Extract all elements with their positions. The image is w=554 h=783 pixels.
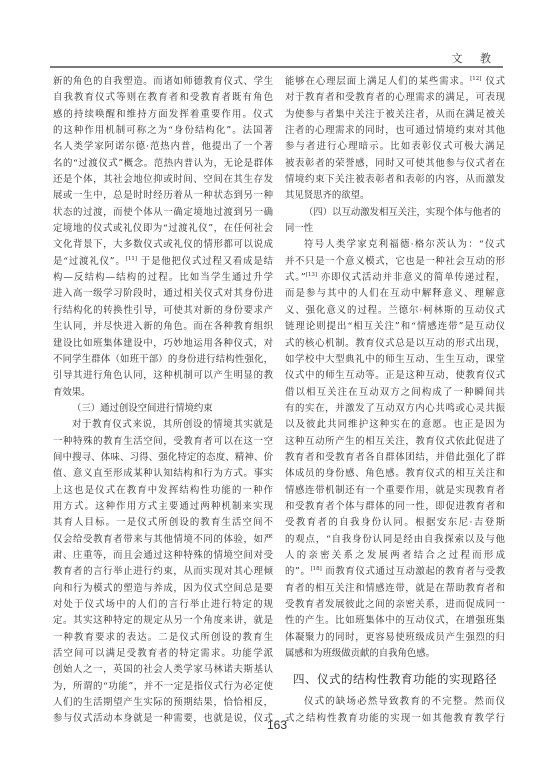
text-line: 创始人之一，英国的社会人类学家马林诺夫斯基认 [53,662,273,678]
text-line: 的观点，“自我身份认同是经由自我探索以及与他 [285,532,505,548]
text-line: 名人类学家阿诺尔德·范热内普，他提出了一个著 [53,139,273,155]
text-line: 不同学生群体（如班干部）的身份进行结构性强化， [53,352,273,368]
text-line: 肃、庄重等，而且会通过这种特殊的情境空间对受 [53,548,273,564]
text-line: 感的持续唤醒和维持方面发挥着重要作用。仪式 [53,107,273,123]
paragraph-block-3: 能够在心理层面上满足人们的某些需求。[12] 仪式对于教育者和受教育者的心理需求… [285,74,505,205]
text-line: 其见贤思齐的欲望。 [285,188,505,204]
text-line: 属感和为班级做贡献的自我角色感。 [285,646,505,662]
text-line: 文化背景下，大多数仪式或礼仪的情形都可以说成 [53,237,273,253]
text-line: 式的核心机制。教育仪式总是以互动的形式出现， [285,336,505,352]
text-line: 教育者的言行举止进行约束，从而实现对其心理倾 [53,564,273,580]
left-column: 新的角色的自我塑造。而诸如师德教育仪式、学生自我教育仪式等则在教育者和受教育者既… [53,74,273,728]
text-line: 为使参与者集中关注于被关注者，从而在满足被关 [285,107,505,123]
text-line: 行结构化的转换性引导，可使其对新的身份要求产 [53,303,273,319]
text-line: 间中搜寻、体味、习得、强化特定的态度、精神、价 [53,450,273,466]
subheading-3: （三）通过创设空间进行情境约束 [53,401,273,417]
text-line: 进入高一级学习阶段时，通过相关仪式对其身份进 [53,286,273,302]
text-line: 一种特殊的教育生活空间，受教育者可以在这一空 [53,434,273,450]
text-line: 对于教育仪式来说，其所创设的情境其实就是 [53,417,273,433]
text-line: 体成员的身份感、角色感。教育仪式的相互关注和 [285,466,505,482]
paragraph-block-1: 新的角色的自我塑造。而诸如师德教育仪式、学生自我教育仪式等则在教育者和受教育者既… [53,74,273,401]
text-line: 值、意义直至形成某种认知结构和行为方式。事实 [53,466,273,482]
text-line: 对处于仪式场中的人们的言行举止进行特定的规 [53,597,273,613]
text-line: 为，所谓的“功能”，并不一定是指仪式行为必定使 [53,679,273,695]
page-number: 163 [0,718,554,732]
paragraph-block-4: 符号人类学家克利福德·格尔茨认为：“仪式并不只是一个意义模式，它也是一种社会互动… [285,237,505,662]
text-line: 这种互动所产生的相互关注，教育仪式依此促进了 [285,434,505,450]
header-divider [50,66,503,68]
right-column: 能够在心理层面上满足人们的某些需求。[12] 仪式对于教育者和受教育者的心理需求… [285,74,505,727]
text-line: 构—反结构—结构的过程。比如当学生通过升学 [53,270,273,286]
citation-marker: [13] [306,272,317,278]
text-line: 定。其实这种特定的规定从另一个角度来讲，就是 [53,613,273,629]
paragraph-block-2: 对于教育仪式来说，其所创设的情境其实就是一种特殊的教育生活空间，受教育者可以在这… [53,417,273,728]
text-line: 受教育者的自我身份认同。根据安东尼·吉登斯 [285,515,505,531]
text-line: 一种教育要求的表达。二是仪式所创设的教育生 [53,630,273,646]
section-title-4: 四、仪式的结构性教育功能的实现路径 [285,668,505,690]
text-line: 链理论则提出“相互关注”和“情感连带”是互动仪 [285,319,505,335]
text-line: 的”。[18] 而教育仪式通过互动激起的教育者与受教 [285,564,505,580]
text-line: 并不只是一个意义模式，它也是一种社会互动的形 [285,254,505,270]
text-line: 仪式的缺场必然导致教育的不完整。然而仪 [285,694,505,710]
subheading-4-line2: 同一性 [285,221,505,237]
citation-marker: [18] [310,566,321,572]
text-line: 体凝聚力的同时，更容易使班级成员产生强烈的归 [285,630,505,646]
text-line: 而是参与其中的人们在互动中解释意义、理解意 [285,286,505,302]
text-line: 其育人目标。一是仪式所创设的教育生活空间不 [53,515,273,531]
journal-section-label: 文 教 [452,50,499,66]
text-line: 性的产生。比如班集体中的互动仪式，在增强班集 [285,613,505,629]
text-line: 定境地的仪式或礼仪即为“过渡礼仪”，在任何社会 [53,221,273,237]
text-line: 仅会给受教育者带来与其他情境不同的体验，如严 [53,532,273,548]
text-line: 是“过渡礼仪”。[11] 于是他把仪式过程又看成是结 [53,254,273,270]
text-line: 对于教育者和受教育者的心理需求的满足，可表现 [285,90,505,106]
text-line: 参与者进行心理暗示。比如表彰仪式可极大满足 [285,139,505,155]
text-line: 状态的过渡，而使个体从一确定境地过渡到另一确 [53,205,273,221]
text-line: 上这也是仪式在教育中发挥结构性功能的一种作 [53,483,273,499]
citation-marker: [12] [470,76,481,82]
subheading-4-line1: （四）以互动激发相互关注，实现个体与他者的 [285,205,505,221]
text-line: 义、强化意义的过程。兰德尔·柯林斯的互动仪式 [285,303,505,319]
text-line: 和受教育者个体与群体的同一性，即促进教育者和 [285,499,505,515]
text-line: 育者的相互关注和情感连带，就是在帮助教育者和 [285,581,505,597]
text-line: 如学校中大型典礼中的师生互动、生生互动，课堂 [285,352,505,368]
text-line: 自我教育仪式等则在教育者和受教育者既有角色 [53,90,273,106]
text-line: 能够在心理层面上满足人们的某些需求。[12] 仪式 [285,74,505,90]
text-line: 用方式。这种作用方式主要通过两种机制来实现 [53,499,273,515]
citation-marker: [11] [126,256,137,262]
text-line: 的这种作用机制可称之为“身份结构化”。法国著 [53,123,273,139]
text-line: 受教育者发展彼此之间的亲密关系，进而促成同一 [285,597,505,613]
text-line: 注者的心理需求的同时，也可通过情境约束对其他 [285,123,505,139]
text-line: 名的“过渡仪式”概念。范热内普认为，无论是群体 [53,156,273,172]
text-line: 被表彰者的荣誉感，同时又可使其他参与仪式者在 [285,156,505,172]
text-line: 式。”[13] 亦即仪式活动并非意义的简单传递过程， [285,270,505,286]
text-line: 以及彼此共同维护这种实在的意愿。也正是因为 [285,417,505,433]
text-line: 育效果。 [53,385,273,401]
text-line: 新的角色的自我塑造。而诸如师德教育仪式、学生 [53,74,273,90]
text-line: 展或一生中，总是时时经历着从一种状态到另一种 [53,188,273,204]
text-line: 教育者和受教育者各自群体团结，并借此强化了群 [285,450,505,466]
text-line: 人们的生活期望产生实际的预期结果，恰恰相反， [53,695,273,711]
text-line: 仪式中的师生互动等。正是这种互动，使教育仪式 [285,368,505,384]
text-line: 情境约束下关注被表彰者和表彰的内容，从而激发 [285,172,505,188]
text-line: 建设比如班集体建设中，巧妙地运用各种仪式，对 [53,336,273,352]
text-line: 借以相互关注在互动双方之间构成了一种瞬间共 [285,385,505,401]
text-line: 人的亲密关系之发展两者结合之过程而形成 [285,548,505,564]
text-line: 有的实在，并激发了互动双方内心共鸣或心灵共振 [285,401,505,417]
text-line: 符号人类学家克利福德·格尔茨认为：“仪式 [285,237,505,253]
text-line: 生认同，并尽快进入新的角色。而在各种教育组织 [53,319,273,335]
text-line: 还是个体，其社会地位抑或时间、空间在其生存发 [53,172,273,188]
text-line: 活空间可以满足受教育者的特定需求。功能学派 [53,646,273,662]
text-line: 向和行为模式的塑造与养成，因为仪式空间总是要 [53,581,273,597]
text-line: 引导其进行角色认同，这种机制可以产生明显的教 [53,368,273,384]
text-line: 情感连带机制还有一个重要作用，就是实现教育者 [285,483,505,499]
